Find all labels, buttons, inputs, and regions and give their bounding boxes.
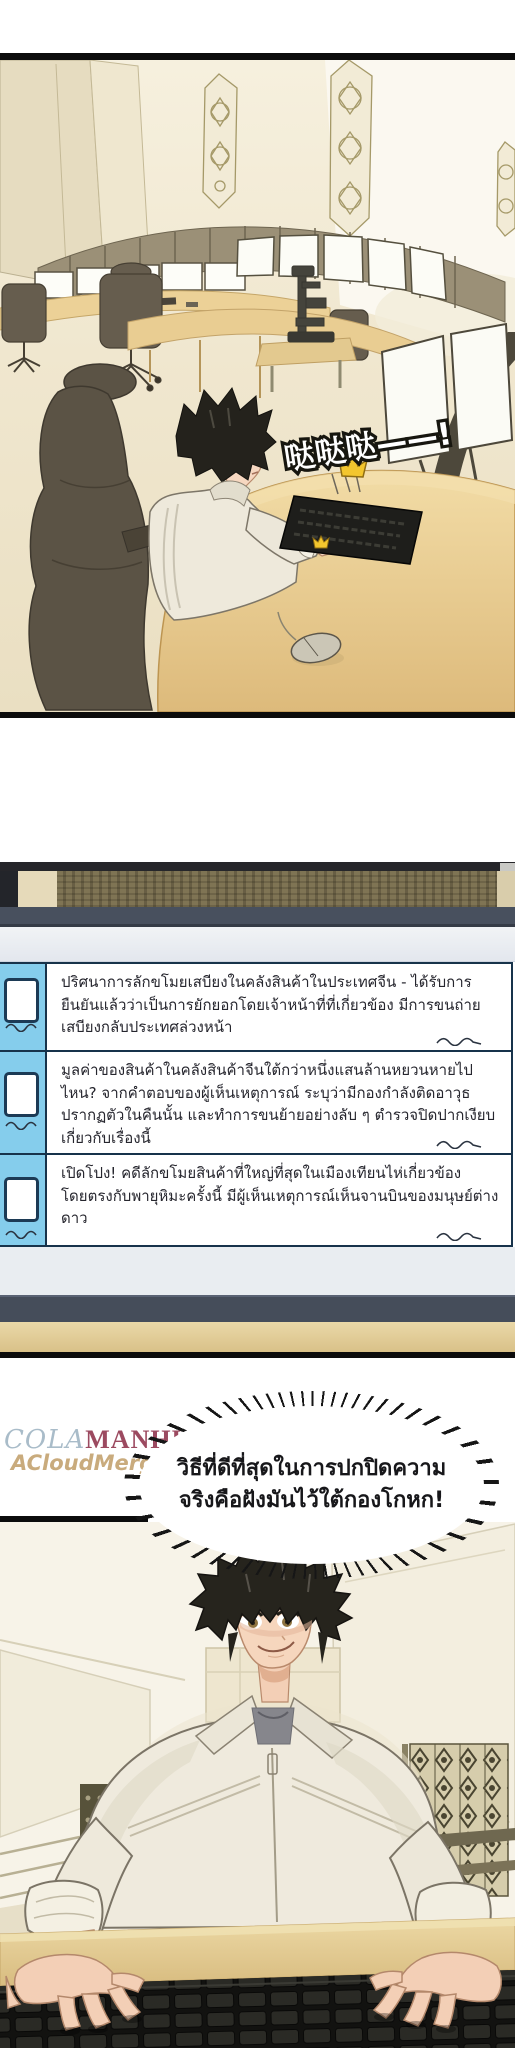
texture-dark-block xyxy=(0,871,18,907)
typist-scene xyxy=(0,1522,515,2048)
news-row: เปิดโปง! คดีลักขโมยสินค้าที่ใหญ่ที่สุดใน… xyxy=(0,1155,511,1245)
desk-texture-strip xyxy=(0,871,515,907)
speech-text: วิธีที่ดีที่สุดในการปกปิดความ จริงคือฝัง… xyxy=(142,1409,481,1561)
news-row: มูลค่าของสินค้าในคลังสินค้าจีนใต้กว่าหนึ… xyxy=(0,1052,511,1155)
squiggle-mark xyxy=(435,1231,497,1241)
thumbnail-placeholder xyxy=(4,978,39,1023)
news-item-text: มูลค่าของสินค้าในคลังสินค้าจีนใต้กว่าหนึ… xyxy=(47,1052,511,1153)
squiggle-mark xyxy=(4,1120,38,1130)
news-results-table: ปริศนาการลักขโมยเสบียงในคลังสินค้าในประเ… xyxy=(0,962,513,1247)
panel-smirking-typist xyxy=(0,1522,515,2048)
news-item-text: ปริศนาการลักขโมยเสบียงในคลังสินค้าในประเ… xyxy=(47,964,511,1050)
manhua-page: 哒哒哒——! ปริศนาการลักขโมยเสบียงในคลังสินค้… xyxy=(0,0,515,2048)
thumbnail-cell xyxy=(0,964,47,1050)
thumbnail-placeholder xyxy=(4,1072,39,1117)
monitor-frame-top xyxy=(0,862,515,871)
news-headline: มูลค่าของสินค้าในคลังสินค้าจีนใต้กว่าหนึ… xyxy=(61,1061,495,1147)
panel-border xyxy=(0,1352,515,1358)
screen-footer-area xyxy=(0,1247,515,1295)
news-item-text: เปิดโปง! คดีลักขโมยสินค้าที่ใหญ่ที่สุดใน… xyxy=(47,1155,511,1245)
control-room-scene: 哒哒哒——! xyxy=(0,60,515,712)
news-headline: ปริศนาการลักขโมยเสบียงในคลังสินค้าในประเ… xyxy=(61,973,481,1036)
texture-beige-block-right xyxy=(497,871,515,907)
news-row: ปริศนาการลักขโมยเสบียงในคลังสินค้าในประเ… xyxy=(0,964,511,1052)
monitor-bezel-top xyxy=(0,907,515,927)
thumbnail-cell xyxy=(0,1155,47,1245)
screen-header-area xyxy=(0,927,515,962)
speech-line-1: วิธีที่ดีที่สุดในการปกปิดความ xyxy=(177,1455,447,1484)
squiggle-mark xyxy=(4,1229,38,1239)
squiggle-mark xyxy=(435,1036,497,1046)
panel-monitor-news: ปริศนาการลักขโมยเสบียงในคลังสินค้าในประเ… xyxy=(0,862,515,1358)
texture-beige-block-left xyxy=(18,871,57,907)
thumbnail-placeholder xyxy=(4,1177,39,1222)
squiggle-mark xyxy=(4,1022,38,1032)
thumbnail-cell xyxy=(0,1052,47,1153)
panel-control-room: 哒哒哒——! xyxy=(0,53,515,718)
desk-strip xyxy=(0,1322,515,1352)
squiggle-mark xyxy=(435,1139,497,1149)
speech-line-2: จริงคือฝังมันไว้ใต้กองโกหก! xyxy=(179,1487,444,1516)
monitor-bezel-bottom xyxy=(0,1295,515,1322)
news-headline: เปิดโปง! คดีลักขโมยสินค้าที่ใหญ่ที่สุดใน… xyxy=(61,1164,498,1227)
speech-bubble-burst: วิธีที่ดีที่สุดในการปกปิดความ จริงคือฝัง… xyxy=(124,1391,499,1579)
